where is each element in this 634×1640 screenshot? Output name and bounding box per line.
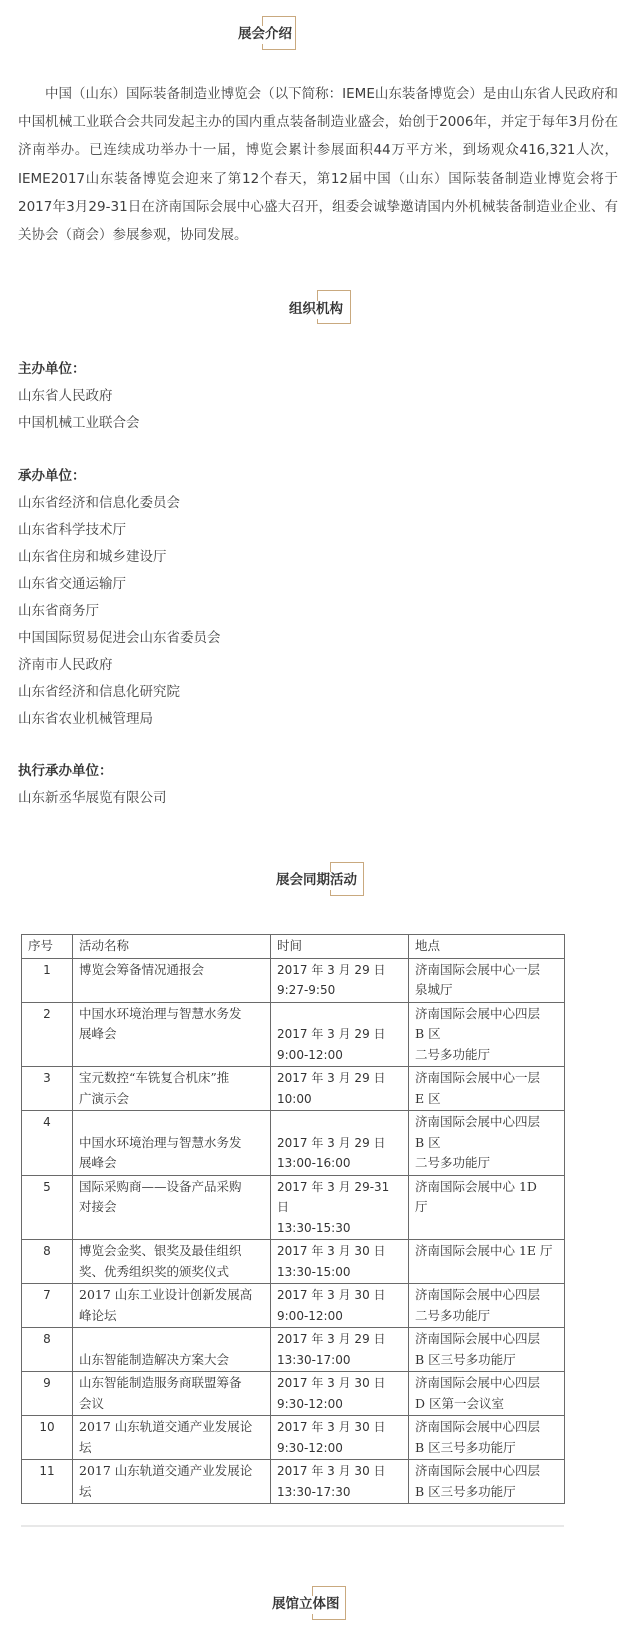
cell-line: 济南国际会展中心一层 xyxy=(415,960,558,981)
cell-line: 博览会筹备情况通报会 xyxy=(79,960,264,981)
org-item: 山东省经济和信息化委员会 xyxy=(18,490,221,517)
cell-name: 博览会金奖、银奖及最佳组织奖、优秀组织奖的颁奖仪式 xyxy=(73,1240,271,1284)
cell-name: 山东智能制造服务商联盟筹备会议 xyxy=(73,1372,271,1416)
table-row: 1博览会筹备情况通报会2017 年 3 月 29 日9:27-9:50济南国际会… xyxy=(22,958,565,1002)
cell-line: 9:27-9:50 xyxy=(277,980,402,1001)
cell-line: 13:30-15:00 xyxy=(277,1262,402,1283)
table-row: 8博览会金奖、银奖及最佳组织奖、优秀组织奖的颁奖仪式2017 年 3 月 30 … xyxy=(22,1240,565,1284)
cell-line: 2017 年 3 月 30 日 xyxy=(277,1373,402,1394)
cell-time: 2017 年 3 月 29 日10:00 xyxy=(271,1067,409,1111)
org-organizers-label: 承办单位： xyxy=(18,463,221,490)
cell-time: 2017 年 3 月 29 日13:30-17:00 xyxy=(271,1328,409,1372)
cell-line: 2017 山东工业设计创新发展高 xyxy=(79,1285,264,1306)
cell-num: 5 xyxy=(22,1175,73,1240)
org-item: 济南市人民政府 xyxy=(18,652,221,679)
cell-line: 广演示会 xyxy=(79,1089,264,1110)
cell-line: 2017 年 3 月 30 日 xyxy=(277,1417,402,1438)
org-executive-label: 执行承办单位： xyxy=(18,758,167,785)
cell-line: 济南国际会展中心四层 xyxy=(415,1329,558,1350)
header-place: 地点 xyxy=(409,935,565,959)
cell-line: 2017 年 3 月 29 日 xyxy=(277,1329,402,1350)
cell-place: 济南国际会展中心四层B 区二号多功能厅 xyxy=(409,1111,565,1176)
cell-line: 中国水环境治理与智慧水务发 xyxy=(79,1004,264,1025)
cell-line: 济南国际会展中心四层 xyxy=(415,1373,558,1394)
cell-line: B 区 xyxy=(415,1133,558,1154)
cell-name: 2017 山东轨道交通产业发展论坛 xyxy=(73,1460,271,1504)
table-header-row: 序号 活动名称 时间 地点 xyxy=(22,935,565,959)
header-num: 序号 xyxy=(22,935,73,959)
cell-num: 2 xyxy=(22,1002,73,1067)
cell-line: 会议 xyxy=(79,1394,264,1415)
table-row: 9山东智能制造服务商联盟筹备会议2017 年 3 月 30 日9:30-12:0… xyxy=(22,1372,565,1416)
cell-line: B 区三号多功能厅 xyxy=(415,1350,558,1371)
cell-num: 9 xyxy=(22,1372,73,1416)
cell-line: 二号多功能厅 xyxy=(415,1153,558,1174)
section-title: 展会介绍 xyxy=(238,26,292,42)
org-item: 中国国际贸易促进会山东省委员会 xyxy=(18,625,221,652)
cell-line: 2017 年 3 月 29 日 xyxy=(277,1068,402,1089)
cell-line: 博览会金奖、银奖及最佳组织 xyxy=(79,1241,264,1262)
cell-line: B 区三号多功能厅 xyxy=(415,1482,558,1503)
org-item: 山东省交通运输厅 xyxy=(18,571,221,598)
cell-line: 2017 年 3 月 30 日 xyxy=(277,1461,402,1482)
cell-time: 2017 年 3 月 29 日13:00-16:00 xyxy=(271,1111,409,1176)
cell-num: 8 xyxy=(22,1328,73,1372)
cell-line: 济南国际会展中心四层 xyxy=(415,1285,558,1306)
cell-num: 1 xyxy=(22,958,73,1002)
cell-line: 2017 年 3 月 29 日 xyxy=(277,1024,402,1045)
cell-line xyxy=(79,1329,264,1350)
cell-line: 2017 年 3 月 30 日 xyxy=(277,1241,402,1262)
cell-line: D 区第一会议室 xyxy=(415,1394,558,1415)
cell-line: 坛 xyxy=(79,1482,264,1503)
cell-line: 济南国际会展中心四层 xyxy=(415,1417,558,1438)
cell-time: 2017 年 3 月 30 日13:30-17:30 xyxy=(271,1460,409,1504)
cell-line: 中国水环境治理与智慧水务发 xyxy=(79,1133,264,1154)
section-heading-organization: 组织机构 xyxy=(0,290,634,330)
cell-place: 济南国际会展中心 1D厅 xyxy=(409,1175,565,1240)
cell-name: 国际采购商——设备产品采购对接会 xyxy=(73,1175,271,1240)
cell-name: 中国水环境治理与智慧水务发展峰会 xyxy=(73,1111,271,1176)
cell-time: 2017 年 3 月 30 日9:30-12:00 xyxy=(271,1416,409,1460)
table-row: 4 中国水环境治理与智慧水务发展峰会 2017 年 3 月 29 日13:00-… xyxy=(22,1111,565,1176)
intro-paragraph: 中国（山东）国际装备制造业博览会（以下简称：IEME山东装备博览会）是由山东省人… xyxy=(18,80,618,249)
cell-num: 11 xyxy=(22,1460,73,1504)
cell-name: 山东智能制造解决方案大会 xyxy=(73,1328,271,1372)
cell-num: 7 xyxy=(22,1284,73,1328)
cell-num: 10 xyxy=(22,1416,73,1460)
cell-line: 宝元数控“车铣复合机床”推 xyxy=(79,1068,264,1089)
cell-line: 国际采购商——设备产品采购 xyxy=(79,1177,264,1198)
org-hosts: 主办单位： 山东省人民政府 中国机械工业联合会 xyxy=(18,356,140,437)
cell-line: 13:30-17:30 xyxy=(277,1482,402,1503)
cell-time: 2017 年 3 月 30 日13:30-15:00 xyxy=(271,1240,409,1284)
cell-line: 厅 xyxy=(415,1197,558,1218)
section-heading-hall: 展馆立体图 xyxy=(0,1586,634,1626)
cell-time: 2017 年 3 月 30 日9:30-12:00 xyxy=(271,1372,409,1416)
cell-name: 2017 山东轨道交通产业发展论坛 xyxy=(73,1416,271,1460)
cell-num: 8 xyxy=(22,1240,73,1284)
org-executive: 执行承办单位： 山东新丞华展览有限公司 xyxy=(18,758,167,812)
cell-place: 济南国际会展中心一层E 区 xyxy=(409,1067,565,1111)
cell-line: 峰论坛 xyxy=(79,1306,264,1327)
org-item: 山东省农业机械管理局 xyxy=(18,706,221,733)
cell-place: 济南国际会展中心一层泉城厅 xyxy=(409,958,565,1002)
cell-line xyxy=(277,1004,402,1025)
cell-line: 二号多功能厅 xyxy=(415,1045,558,1066)
cell-line: B 区 xyxy=(415,1024,558,1045)
cell-line: 9:00-12:00 xyxy=(277,1045,402,1066)
table-row: 5国际采购商——设备产品采购对接会2017 年 3 月 29-31 日13:30… xyxy=(22,1175,565,1240)
cell-line: 9:30-12:00 xyxy=(277,1438,402,1459)
cell-line: 展峰会 xyxy=(79,1153,264,1174)
cell-line: 济南国际会展中心 1E 厅 xyxy=(415,1241,558,1262)
cell-place: 济南国际会展中心四层B 区三号多功能厅 xyxy=(409,1416,565,1460)
org-item: 山东新丞华展览有限公司 xyxy=(18,785,167,812)
cell-line: 2017 山东轨道交通产业发展论 xyxy=(79,1417,264,1438)
cell-line: E 区 xyxy=(415,1089,558,1110)
table-row: 102017 山东轨道交通产业发展论坛2017 年 3 月 30 日9:30-1… xyxy=(22,1416,565,1460)
cell-line: 奖、优秀组织奖的颁奖仪式 xyxy=(79,1262,264,1283)
cell-line: 泉城厅 xyxy=(415,980,558,1001)
org-item: 山东省住房和城乡建设厅 xyxy=(18,544,221,571)
intro-text: 中国（山东）国际装备制造业博览会（以下简称：IEME山东装备博览会）是由山东省人… xyxy=(18,80,618,249)
section-title: 展馆立体图 xyxy=(272,1596,340,1612)
cell-line: 展峰会 xyxy=(79,1024,264,1045)
cell-line: 山东智能制造解决方案大会 xyxy=(79,1350,264,1371)
table-row: 2中国水环境治理与智慧水务发展峰会 2017 年 3 月 29 日9:00-12… xyxy=(22,1002,565,1067)
cell-line: 9:30-12:00 xyxy=(277,1394,402,1415)
table-row: 112017 山东轨道交通产业发展论坛2017 年 3 月 30 日13:30-… xyxy=(22,1460,565,1504)
table-row: 3宝元数控“车铣复合机床”推广演示会2017 年 3 月 29 日10:00济南… xyxy=(22,1067,565,1111)
table-shadow xyxy=(21,1525,564,1527)
cell-line: 9:00-12:00 xyxy=(277,1306,402,1327)
cell-line: 2017 山东轨道交通产业发展论 xyxy=(79,1461,264,1482)
cell-line: 10:00 xyxy=(277,1089,402,1110)
org-item: 山东省经济和信息化研究院 xyxy=(18,679,221,706)
cell-line: 济南国际会展中心四层 xyxy=(415,1461,558,1482)
header-name: 活动名称 xyxy=(73,935,271,959)
cell-name: 中国水环境治理与智慧水务发展峰会 xyxy=(73,1002,271,1067)
section-heading-intro: 展会介绍 xyxy=(0,14,634,54)
org-item: 山东省商务厅 xyxy=(18,598,221,625)
cell-place: 济南国际会展中心四层B 区三号多功能厅 xyxy=(409,1328,565,1372)
cell-time: 2017 年 3 月 29 日9:27-9:50 xyxy=(271,958,409,1002)
org-organizers: 承办单位： 山东省经济和信息化委员会 山东省科学技术厅 山东省住房和城乡建设厅 … xyxy=(18,463,221,733)
cell-name: 宝元数控“车铣复合机床”推广演示会 xyxy=(73,1067,271,1111)
section-title: 组织机构 xyxy=(289,301,343,317)
cell-place: 济南国际会展中心四层B 区二号多功能厅 xyxy=(409,1002,565,1067)
events-table: 序号 活动名称 时间 地点 1博览会筹备情况通报会2017 年 3 月 29 日… xyxy=(21,934,565,1504)
cell-line xyxy=(79,1112,264,1133)
header-time: 时间 xyxy=(271,935,409,959)
cell-line: 13:30-15:30 xyxy=(277,1218,402,1239)
cell-place: 济南国际会展中心四层D 区第一会议室 xyxy=(409,1372,565,1416)
cell-place: 济南国际会展中心四层B 区三号多功能厅 xyxy=(409,1460,565,1504)
cell-time: 2017 年 3 月 30 日9:00-12:00 xyxy=(271,1284,409,1328)
cell-place: 济南国际会展中心四层二号多功能厅 xyxy=(409,1284,565,1328)
cell-line: 2017 年 3 月 30 日 xyxy=(277,1285,402,1306)
cell-line: 济南国际会展中心一层 xyxy=(415,1068,558,1089)
cell-line: 济南国际会展中心四层 xyxy=(415,1004,558,1025)
cell-line: 2017 年 3 月 29-31 日 xyxy=(277,1177,402,1218)
cell-line: 坛 xyxy=(79,1438,264,1459)
cell-time: 2017 年 3 月 29-31 日13:30-15:30 xyxy=(271,1175,409,1240)
org-item: 中国机械工业联合会 xyxy=(18,410,140,437)
section-heading-activities: 展会同期活动 xyxy=(0,862,634,902)
cell-line: 13:30-17:00 xyxy=(277,1350,402,1371)
cell-line: 济南国际会展中心四层 xyxy=(415,1112,558,1133)
cell-line xyxy=(277,1112,402,1133)
cell-time: 2017 年 3 月 29 日9:00-12:00 xyxy=(271,1002,409,1067)
cell-name: 2017 山东工业设计创新发展高峰论坛 xyxy=(73,1284,271,1328)
cell-line: 二号多功能厅 xyxy=(415,1306,558,1327)
cell-line: B 区三号多功能厅 xyxy=(415,1438,558,1459)
cell-line: 山东智能制造服务商联盟筹备 xyxy=(79,1373,264,1394)
cell-line: 对接会 xyxy=(79,1197,264,1218)
org-item: 山东省科学技术厅 xyxy=(18,517,221,544)
table-row: 72017 山东工业设计创新发展高峰论坛2017 年 3 月 30 日9:00-… xyxy=(22,1284,565,1328)
section-title: 展会同期活动 xyxy=(276,872,357,888)
cell-line: 13:00-16:00 xyxy=(277,1153,402,1174)
cell-num: 3 xyxy=(22,1067,73,1111)
cell-line: 2017 年 3 月 29 日 xyxy=(277,1133,402,1154)
org-item: 山东省人民政府 xyxy=(18,383,140,410)
cell-line: 济南国际会展中心 1D xyxy=(415,1177,558,1198)
table-row: 8 山东智能制造解决方案大会2017 年 3 月 29 日13:30-17:00… xyxy=(22,1328,565,1372)
cell-line: 2017 年 3 月 29 日 xyxy=(277,960,402,981)
cell-name: 博览会筹备情况通报会 xyxy=(73,958,271,1002)
cell-place: 济南国际会展中心 1E 厅 xyxy=(409,1240,565,1284)
org-hosts-label: 主办单位： xyxy=(18,356,140,383)
cell-num: 4 xyxy=(22,1111,73,1176)
